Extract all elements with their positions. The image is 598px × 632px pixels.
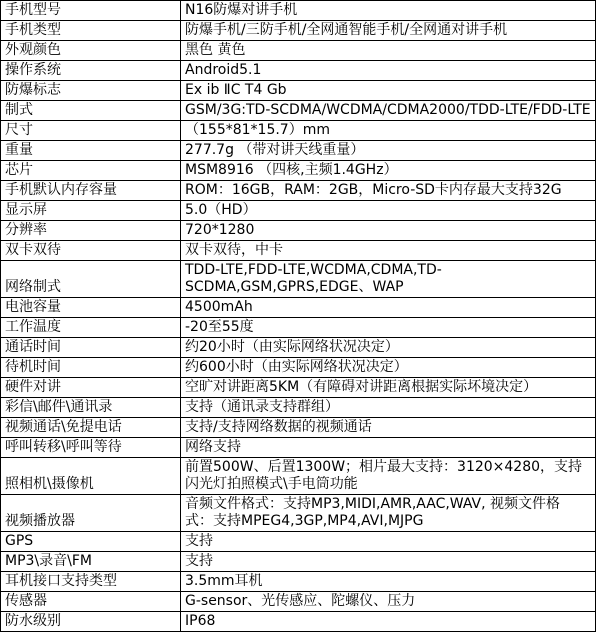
spec-label: 重量	[1, 141, 181, 161]
spec-row: 手机型号 N16防爆对讲手机	[1, 1, 596, 21]
spec-value: 720*1280	[181, 221, 596, 241]
spec-value: 网络支持	[181, 438, 596, 458]
spec-label: 显示屏	[1, 201, 181, 221]
spec-label: 照相机\摄像机	[1, 458, 181, 495]
spec-table-body: 手机型号 N16防爆对讲手机 手机类型 防爆手机/三防手机/全网通智能手机/全网…	[1, 1, 596, 632]
spec-row: 待机时间 约600小时（由实际网络状况决定）	[1, 358, 596, 378]
spec-label: 操作系统	[1, 61, 181, 81]
spec-label: 网络制式	[1, 261, 181, 298]
spec-value: Ex ib ⅡC T4 Gb	[181, 81, 596, 101]
spec-value: 约600小时（由实际网络状况决定）	[181, 358, 596, 378]
spec-row: 尺寸 （155*81*15.7）mm	[1, 121, 596, 141]
spec-label: 视频播放器	[1, 495, 181, 532]
spec-sheet-page: 手机型号 N16防爆对讲手机 手机类型 防爆手机/三防手机/全网通智能手机/全网…	[0, 0, 598, 612]
spec-row: 视频通话\免提电话 支持/支持网络数据的视频通话	[1, 418, 596, 438]
spec-row: 手机默认内存容量 ROM：16GB，RAM：2GB，Micro-SD卡内存最大支…	[1, 181, 596, 201]
spec-label: 视频通话\免提电话	[1, 418, 181, 438]
spec-label: 分辨率	[1, 221, 181, 241]
spec-row: 传感器 G-sensor、光传感应、陀螺仪、压力	[1, 592, 596, 612]
spec-label: 传感器	[1, 592, 181, 612]
spec-label: 防爆标志	[1, 81, 181, 101]
spec-row: 网络制式 TDD-LTE,FDD-LTE,WCDMA,CDMA,TD- SCDM…	[1, 261, 596, 298]
spec-value: 黑色 黄色	[181, 41, 596, 61]
spec-row: 工作温度 -20至55度	[1, 318, 596, 338]
spec-label: 耳机接口支持类型	[1, 572, 181, 592]
spec-value: N16防爆对讲手机	[181, 1, 596, 21]
spec-value: 前置500W、后置1300W；相片最大支持：3120×4280，支持 闪光灯拍照…	[181, 458, 596, 495]
spec-row: 防爆标志 Ex ib ⅡC T4 Gb	[1, 81, 596, 101]
spec-row: 重量 277.7g （带对讲天线重量）	[1, 141, 596, 161]
spec-row: 双卡双待 双卡双待，中卡	[1, 241, 596, 261]
spec-row: 耳机接口支持类型 3.5mm耳机	[1, 572, 596, 592]
spec-row: 显示屏 5.0（HD）	[1, 201, 596, 221]
spec-label: 手机默认内存容量	[1, 181, 181, 201]
spec-value: 3.5mm耳机	[181, 572, 596, 592]
spec-value: 空旷对讲距离5KM（有障碍对讲距离根据实际坏境决定）	[181, 378, 596, 398]
spec-label: 手机类型	[1, 21, 181, 41]
spec-value: （155*81*15.7）mm	[181, 121, 596, 141]
spec-label: 外观颜色	[1, 41, 181, 61]
spec-value: Android5.1	[181, 61, 596, 81]
spec-row: 呼叫转移\呼叫等待 网络支持	[1, 438, 596, 458]
spec-label: 硬件对讲	[1, 378, 181, 398]
spec-value: 支持	[181, 532, 596, 552]
spec-label: 呼叫转移\呼叫等待	[1, 438, 181, 458]
spec-label: 手机型号	[1, 1, 181, 21]
spec-row: 手机类型 防爆手机/三防手机/全网通智能手机/全网通对讲手机	[1, 21, 596, 41]
spec-row: 分辨率 720*1280	[1, 221, 596, 241]
spec-value: 防爆手机/三防手机/全网通智能手机/全网通对讲手机	[181, 21, 596, 41]
spec-value: 277.7g （带对讲天线重量）	[181, 141, 596, 161]
spec-value: G-sensor、光传感应、陀螺仪、压力	[181, 592, 596, 612]
spec-label: MP3\录音\FM	[1, 552, 181, 572]
spec-row: 外观颜色 黑色 黄色	[1, 41, 596, 61]
spec-row: MP3\录音\FM 支持	[1, 552, 596, 572]
spec-label: 电池容量	[1, 298, 181, 318]
spec-value: IP68	[181, 612, 596, 632]
spec-row: 视频播放器 音频文件格式：支持MP3,MIDI,AMR,AAC,WAV, 视频文…	[1, 495, 596, 532]
spec-value: ROM：16GB，RAM：2GB，Micro-SD卡内存最大支持32G	[181, 181, 596, 201]
spec-value: 4500mAh	[181, 298, 596, 318]
spec-row: 硬件对讲 空旷对讲距离5KM（有障碍对讲距离根据实际坏境决定）	[1, 378, 596, 398]
spec-row: 彩信\邮件\通讯录 支持（通讯录支持群组）	[1, 398, 596, 418]
spec-label: 待机时间	[1, 358, 181, 378]
spec-value: 约20小时（由实际网络状况决定）	[181, 338, 596, 358]
spec-value: 音频文件格式：支持MP3,MIDI,AMR,AAC,WAV, 视频文件格 式：支…	[181, 495, 596, 532]
spec-label: 双卡双待	[1, 241, 181, 261]
spec-value: GSM/3G:TD-SCDMA/WCDMA/CDMA2000/TDD-LTE/F…	[181, 101, 596, 121]
spec-label: 防水级别	[1, 612, 181, 632]
spec-label: 芯片	[1, 161, 181, 181]
spec-value: 5.0（HD）	[181, 201, 596, 221]
spec-label: 工作温度	[1, 318, 181, 338]
spec-row: 操作系统 Android5.1	[1, 61, 596, 81]
spec-label: 彩信\邮件\通讯录	[1, 398, 181, 418]
spec-label: 尺寸	[1, 121, 181, 141]
spec-label: GPS	[1, 532, 181, 552]
spec-row: 制式 GSM/3G:TD-SCDMA/WCDMA/CDMA2000/TDD-LT…	[1, 101, 596, 121]
phone-spec-table: 手机型号 N16防爆对讲手机 手机类型 防爆手机/三防手机/全网通智能手机/全网…	[0, 0, 596, 632]
spec-row: 芯片 MSM8916 （四核,主频1.4GHz）	[1, 161, 596, 181]
spec-row: GPS 支持	[1, 532, 596, 552]
spec-value: 支持/支持网络数据的视频通话	[181, 418, 596, 438]
spec-value: 双卡双待，中卡	[181, 241, 596, 261]
spec-row: 电池容量 4500mAh	[1, 298, 596, 318]
spec-row: 防水级别 IP68	[1, 612, 596, 632]
spec-value: 支持（通讯录支持群组）	[181, 398, 596, 418]
spec-label: 制式	[1, 101, 181, 121]
spec-value: -20至55度	[181, 318, 596, 338]
spec-row: 照相机\摄像机 前置500W、后置1300W；相片最大支持：3120×4280，…	[1, 458, 596, 495]
spec-row: 通话时间 约20小时（由实际网络状况决定）	[1, 338, 596, 358]
spec-label: 通话时间	[1, 338, 181, 358]
spec-value: TDD-LTE,FDD-LTE,WCDMA,CDMA,TD- SCDMA,GSM…	[181, 261, 596, 298]
spec-value: MSM8916 （四核,主频1.4GHz）	[181, 161, 596, 181]
spec-value: 支持	[181, 552, 596, 572]
